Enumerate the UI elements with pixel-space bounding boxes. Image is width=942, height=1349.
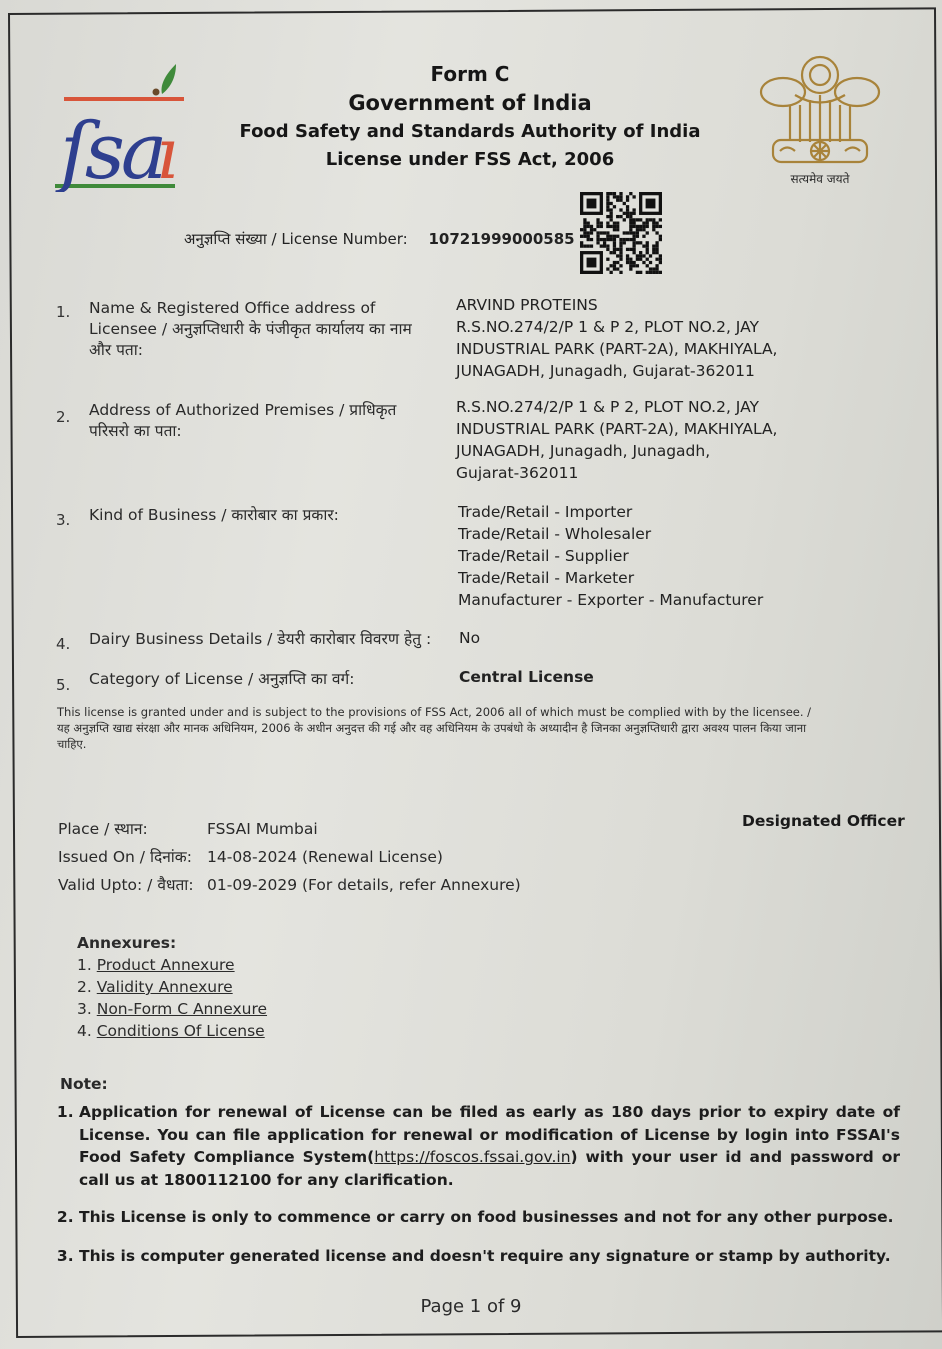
annexure-number: 3.	[77, 1000, 92, 1018]
value-line: ARVIND PROTEINS	[456, 294, 796, 316]
national-emblem: सत्यमेव जयते	[755, 50, 885, 190]
value-line: JUNAGADH, Junagadh, Junagadh,	[456, 440, 796, 462]
document-header: Form C Government of India Food Safety a…	[230, 60, 710, 174]
value-line: Gujarat-362011	[456, 462, 796, 484]
annexures-section: Annexures: 1. Product Annexure 2. Validi…	[77, 932, 267, 1042]
fssai-logo: ſsa ı	[52, 62, 187, 192]
svg-text:ſsa: ſsa	[55, 107, 163, 192]
value-line: R.S.NO.274/2/P 1 & P 2, PLOT NO.2, JAY	[456, 396, 796, 418]
item-label: Category of License / अनुज्ञप्ति का वर्ग…	[89, 669, 429, 690]
annexure-item: 4. Conditions Of License	[77, 1020, 267, 1042]
value-line: Central License	[459, 666, 799, 688]
issued-row: Issued On / दिनांक:14-08-2024 (Renewal L…	[58, 845, 443, 867]
non-form-c-annexure-link[interactable]: Non-Form C Annexure	[97, 1000, 267, 1018]
value-line: INDUSTRIAL PARK (PART-2A), MAKHIYALA,	[456, 418, 796, 440]
value-line: INDUSTRIAL PARK (PART-2A), MAKHIYALA,	[456, 338, 796, 360]
valid-value: 01-09-2029 (For details, refer Annexure)	[207, 876, 521, 894]
lion-capital-icon	[755, 50, 885, 170]
license-number-row: अनुज्ञप्ति संख्या / License Number: 1072…	[184, 229, 575, 249]
value-line: Trade/Retail - Marketer	[458, 567, 798, 589]
foscos-link[interactable]: https://foscos.fssai.gov.in	[374, 1148, 570, 1166]
validity-annexure-link[interactable]: Validity Annexure	[97, 978, 233, 996]
annexure-item: 2. Validity Annexure	[77, 976, 267, 998]
item-value: Trade/Retail - Importer Trade/Retail - W…	[458, 501, 798, 611]
qr-code[interactable]	[580, 192, 662, 274]
note-list: Application for renewal of License can b…	[60, 1101, 900, 1267]
note-item-3: This is computer generated license and d…	[79, 1245, 900, 1268]
place-label: Place / स्थान:	[58, 817, 207, 839]
item-number: 5.	[56, 676, 70, 694]
note-item-1: Application for renewal of License can b…	[79, 1101, 900, 1191]
item-label: Name & Registered Office address of Lice…	[89, 298, 424, 361]
value-line: Manufacturer - Exporter - Manufacturer	[458, 589, 798, 611]
annexure-number: 2.	[77, 978, 92, 996]
note-item-2: This License is only to commence or carr…	[79, 1206, 900, 1229]
item-label: Dairy Business Details / डेयरी कारोबार व…	[89, 629, 449, 650]
annexure-number: 4.	[77, 1022, 92, 1040]
form-title: Form C	[230, 60, 710, 88]
act-title: License under FSS Act, 2006	[230, 146, 710, 174]
note-title: Note:	[60, 1075, 900, 1093]
license-number-value: 10721999000585	[428, 230, 574, 248]
value-line: R.S.NO.274/2/P 1 & P 2, PLOT NO.2, JAY	[456, 316, 796, 338]
product-annexure-link[interactable]: Product Annexure	[97, 956, 235, 974]
issued-label: Issued On / दिनांक:	[58, 845, 207, 867]
item-value: Central License	[459, 666, 799, 688]
value-line: Trade/Retail - Importer	[458, 501, 798, 523]
disclaimer-text: This license is granted under and is sub…	[57, 704, 817, 752]
value-line: Trade/Retail - Wholesaler	[458, 523, 798, 545]
authority-title: Food Safety and Standards Authority of I…	[230, 118, 710, 146]
item-number: 3.	[56, 511, 70, 529]
item-value: No	[459, 627, 799, 649]
fssai-logo-icon: ſsa ı	[52, 62, 187, 192]
emblem-motto: सत्यमेव जयते	[755, 170, 885, 187]
conditions-of-license-link[interactable]: Conditions Of License	[97, 1022, 265, 1040]
value-line: No	[459, 627, 799, 649]
valid-label: Valid Upto: / वैधता:	[58, 873, 207, 895]
note-section: Note: Application for renewal of License…	[60, 1075, 900, 1282]
place-row: Place / स्थान:FSSAI Mumbai	[58, 817, 318, 839]
annexure-number: 1.	[77, 956, 92, 974]
designated-officer: Designated Officer	[742, 812, 905, 830]
government-title: Government of India	[230, 88, 710, 118]
item-label: Address of Authorized Premises / प्राधिक…	[89, 400, 409, 442]
license-number-label: अनुज्ञप्ति संख्या / License Number:	[184, 230, 408, 248]
valid-row: Valid Upto: / वैधता:01-09-2029 (For deta…	[58, 873, 521, 895]
svg-text:ı: ı	[156, 113, 178, 192]
annexure-item: 3. Non-Form C Annexure	[77, 998, 267, 1020]
qr-code-icon	[580, 192, 662, 274]
annexure-item: 1. Product Annexure	[77, 954, 267, 976]
value-line: Trade/Retail - Supplier	[458, 545, 798, 567]
item-label: Kind of Business / कारोबार का प्रकार:	[89, 505, 429, 526]
issued-value: 14-08-2024 (Renewal License)	[207, 848, 443, 866]
item-number: 2.	[56, 408, 70, 426]
annexures-title: Annexures:	[77, 932, 267, 954]
item-value: ARVIND PROTEINS R.S.NO.274/2/P 1 & P 2, …	[456, 294, 796, 382]
place-value: FSSAI Mumbai	[207, 820, 318, 838]
item-value: R.S.NO.274/2/P 1 & P 2, PLOT NO.2, JAY I…	[456, 396, 796, 484]
page-number: Page 1 of 9	[0, 1296, 942, 1317]
item-number: 4.	[56, 635, 70, 653]
item-number: 1.	[56, 303, 70, 321]
value-line: JUNAGADH, Junagadh, Gujarat-362011	[456, 360, 796, 382]
